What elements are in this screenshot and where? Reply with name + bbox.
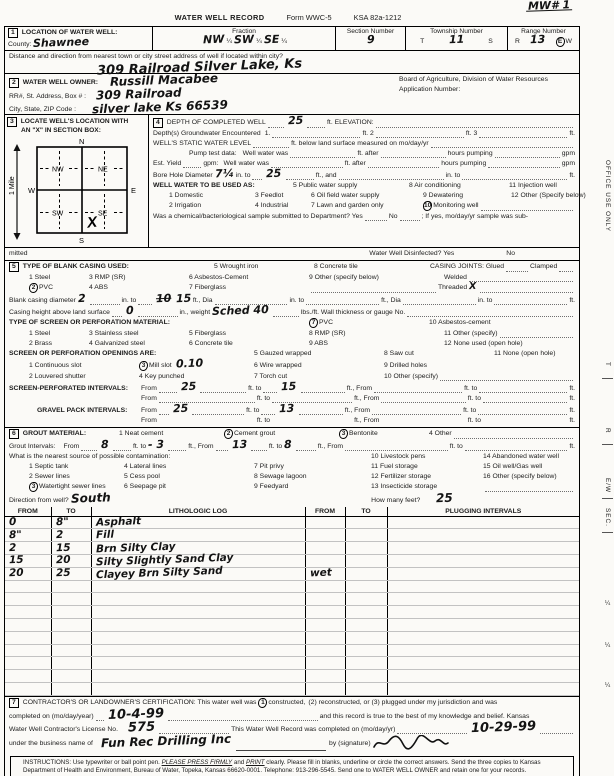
elevation-label: ft. ELEVATION: [327, 118, 374, 127]
license-value: 575 [126, 721, 158, 733]
screen-material-title: TYPE OF SCREEN OR PERFORATION MATERIAL: [9, 318, 309, 327]
ft-to-label: ft. to [463, 406, 476, 415]
ft-unit: ft. [569, 442, 575, 451]
gravel-interval-from: 25 [171, 403, 191, 413]
screen-steel: 1 Steel [29, 329, 89, 338]
completed-date-value: 10-4-99 [105, 708, 165, 721]
ft-unit: ft. [569, 394, 575, 403]
option-concrete-tile: 8 Concrete tile [314, 262, 430, 271]
section-number-cell: Section Number 9 [335, 27, 405, 50]
disinfected-question: Water Well Disinfected? Yes [369, 249, 454, 258]
grout-to-2: 8 [282, 439, 294, 449]
section-2-badge: 2 [9, 78, 19, 88]
screen-asbestos-cement: 10 Asbestos-cement [429, 318, 491, 327]
contam-seepage-pit: 6 Seepage pit [124, 482, 254, 491]
clamped-label: Clamped [530, 262, 557, 271]
opening-mill-slot-number-circled: 3 [139, 361, 148, 371]
ft-to-label: ft. to [468, 416, 481, 425]
office-township-label: T [604, 362, 611, 367]
log-to: 25 [53, 569, 72, 579]
screen-pvc-number-circled: 7 [309, 318, 318, 328]
ft-to-label: ft. to [450, 442, 463, 451]
quadrant-se-label: SE [98, 210, 108, 217]
application-number-label: Application Number: [399, 86, 577, 93]
in-to-label: in. to [446, 171, 461, 180]
option-lawn-garden: 7 Lawn and garden only [311, 201, 423, 210]
log-empty-row [5, 631, 579, 644]
quadrant-sw-label: SW [52, 210, 64, 217]
disinfected-row: mitted Water Well Disinfected? Yes No [5, 248, 579, 261]
log-from: 8" [7, 530, 24, 540]
no-label: No [389, 212, 398, 221]
log-to: 20 [53, 556, 72, 566]
board-of-agriculture-text: Board of Agriculture, Division of Water … [399, 76, 577, 83]
from-label: From [141, 406, 157, 415]
depth-label: DEPTH OF COMPLETED WELL [167, 118, 266, 127]
fraction-q1-value: NW [201, 35, 227, 45]
screen-other: 11 Other (specify) [444, 329, 498, 338]
opening-drilled-holes: 9 Drilled holes [384, 361, 427, 370]
threaded-x-mark: X [467, 282, 479, 290]
option-monitoring-number-circled: 10 [423, 201, 432, 211]
static-water-level-suffix: ft. below land surface measured on mo/da… [291, 139, 429, 148]
option-other-specify: 9 Other (specify below) [309, 273, 444, 282]
log-from: 15 [7, 556, 26, 566]
section-4-depth: 4 DEPTH OF COMPLETED WELL 25 ft. ELEVATI… [149, 115, 579, 247]
used-as-title: WELL WATER TO BE USED AS: [153, 181, 293, 190]
casing-height-label: Casing height above land surface [9, 308, 110, 317]
quadrant-nw-label: NW [52, 166, 64, 173]
gravel-pack-title: GRAVEL PACK INTERVALS: [9, 406, 141, 415]
grout-from-2: 13 [229, 439, 249, 449]
record-date-value: 10-29-99 [469, 721, 538, 734]
completed-on-label: completed on (mo/day/year) [9, 712, 94, 721]
fraction-q3-value: SE [262, 35, 282, 45]
grout-title: GROUT MATERIAL: [23, 430, 86, 437]
ft-from-label: ft., From [188, 442, 213, 451]
section-3-locate: 3 LOCATE WELL'S LOCATION WITH AN "X" IN … [5, 115, 149, 247]
contam-oil-gas: 15 Oil well/Gas well [483, 462, 542, 471]
compass-west-label: W [28, 186, 36, 195]
option-domestic: 1 Domestic [169, 191, 255, 200]
mill-slot-value: 0.10 [173, 358, 204, 368]
bore-depth-value: 25 [264, 169, 284, 179]
city-label: City, State, ZIP Code : [9, 105, 76, 114]
ft-unit: ft. [569, 384, 575, 393]
ft-from-label: ft., From [345, 406, 370, 415]
record-completed-label: This Water Well Record was completed on … [231, 725, 395, 734]
range-value: 13 [528, 35, 548, 45]
casing-height-value: 0 [124, 305, 136, 315]
ft-from-label: ft., From [354, 416, 379, 425]
contam-fuel: 11 Fuel storage [371, 462, 483, 471]
ft-to-label: ft. to [257, 394, 270, 403]
weight-value: Sched 40 [210, 304, 271, 315]
office-use-only-label: OFFICE USE ONLY [604, 160, 611, 232]
static-water-level-label: WELL'S STATIC WATER LEVEL [153, 139, 251, 148]
log-from: 0 [7, 518, 19, 527]
contam-lateral: 4 Lateral lines [124, 462, 254, 471]
log-wet-note: wet [307, 569, 333, 579]
bore-hole-label: Bore Hole Diameter [153, 171, 213, 180]
screen-none-used: 12 None used (open hole) [444, 339, 523, 348]
gw-1: 1. [265, 129, 271, 138]
office-range-label: R [604, 428, 611, 434]
form-title: WATER WELL RECORD [175, 13, 265, 22]
contam-fertilizer: 12 Fertilizer storage [371, 472, 483, 481]
range-east-circled: E [556, 37, 565, 47]
grout-to-1: - 3 [146, 439, 166, 449]
township-value: 11 [446, 35, 466, 45]
weight-label: in., weight [180, 308, 211, 317]
instructions-text: and [232, 759, 246, 766]
contam-abandoned-well: 14 Abandoned water well [483, 452, 559, 461]
log-header-row: FROM TO LITHOLOGIC LOG FROM TO PLUGGING … [5, 507, 579, 517]
ft-from-label: ft., From [347, 384, 372, 393]
col-lithologic-log: LITHOLOGIC LOG [91, 507, 305, 517]
option-dewatering: 9 Dewatering [423, 191, 511, 200]
how-many-feet-label: How many feet? [371, 496, 420, 505]
opening-torch-cut: 7 Torch cut [254, 372, 384, 381]
instructions-print: PRINT [246, 759, 265, 766]
col-from: FROM [5, 507, 51, 517]
log-to: 8" [53, 518, 70, 528]
screen-interval-from: 25 [179, 381, 199, 391]
from-label: From [63, 442, 79, 451]
ft-to-label: ft. to [246, 406, 259, 415]
grout-cement-number-circled: 2 [224, 429, 233, 439]
option-pvc-number-circled: 2 [29, 283, 38, 293]
screen-interval-to: 15 [279, 381, 299, 391]
form-number: Form WWC-5 [287, 13, 332, 22]
from-label: From [141, 416, 157, 425]
constructed-number-circled: 1 [258, 698, 267, 708]
range-prefix: R [515, 37, 520, 46]
casing-title: TYPE OF BLANK CASING USED: [23, 263, 129, 270]
from-label: From [141, 384, 157, 393]
section-5-badge: 5 [9, 262, 19, 272]
license-label: Water Well Contractor's License No. [9, 725, 118, 734]
bore-diameter-value: 7¼ [213, 169, 236, 179]
log-empty-row [5, 580, 579, 593]
gw-3: ft. 3 [466, 129, 477, 138]
col-to-2: TO [345, 507, 387, 517]
office-quarter-label: ¼ [604, 642, 611, 650]
compass-north-label: N [79, 137, 84, 146]
fraction-q2-value: SW [232, 35, 256, 45]
log-row: 2 15 Brn Silty Clay [5, 542, 579, 555]
ft-unit: ft. [569, 171, 575, 180]
screen-abs: 9 ABS [309, 339, 444, 348]
distance-block: Distance and direction from nearest town… [5, 51, 579, 74]
section-2-owner: 2 WATER WELL OWNER: Russill Macabee RR#,… [5, 74, 579, 115]
instructions-text: INSTRUCTIONS: Use typewriter or ball poi… [23, 759, 162, 766]
col-plugging-intervals: PLUGGING INTERVALS [387, 507, 579, 517]
fraction-cell: Fraction NW ¼ SW ¼ SE ¼ [152, 27, 335, 50]
business-name-value: Fun Rec Drilling Inc [99, 733, 233, 748]
locate-title-line1: LOCATE WELL'S LOCATION WITH [21, 118, 129, 126]
gw-2: ft. 2 [362, 129, 373, 138]
section-3-4-row: 3 LOCATE WELL'S LOCATION WITH AN "X" IN … [5, 115, 579, 248]
direction-value: South [69, 492, 113, 504]
log-empty-row [5, 657, 579, 670]
option-monitoring-well: Monitoring well [433, 201, 478, 210]
log-to: 2 [53, 531, 65, 540]
log-row: 8" 2 Fill [5, 529, 579, 542]
constructed-label: constructed, [268, 698, 305, 707]
log-to: 15 [53, 543, 72, 553]
signature-scribble [371, 735, 451, 751]
log-empty-row [5, 644, 579, 657]
ft-to-label: ft. to [257, 416, 270, 425]
direction-from-well-label: Direction from well? [9, 496, 69, 505]
gravel-interval-to: 13 [277, 403, 297, 413]
est-yield-label: Est. Yield [153, 159, 181, 168]
ft-unit: ft. [569, 406, 575, 415]
well-location-x-mark: X [85, 213, 99, 231]
section-5-casing: 5TYPE OF BLANK CASING USED: 5 Wrought ir… [5, 261, 579, 427]
office-ew-label: E/W [604, 478, 611, 493]
option-public-water: 5 Public water supply [293, 181, 409, 190]
pump-test-label: Pump test data: [189, 149, 237, 158]
screen-brass: 2 Brass [29, 339, 89, 348]
option-pvc: PVC [39, 284, 53, 291]
contam-other: 16 Other (specify below) [483, 472, 557, 481]
quadrant-ne-label: NE [98, 166, 108, 173]
log-from: 2 [7, 543, 19, 552]
option-steel: 1 Steel [29, 273, 89, 282]
gpm-unit: gpm [562, 159, 575, 168]
contam-watertight-number-circled: 3 [29, 482, 38, 492]
option-fiberglass: 7 Fiberglass [189, 283, 309, 292]
in-to-label: in. to [289, 296, 304, 305]
township-suffix: S [488, 37, 493, 46]
ft-and-label: ft., and [316, 171, 337, 180]
opening-saw-cut: 8 Saw cut [384, 349, 494, 358]
form-body: 1 LOCATION OF WATER WELL: County: Shawne… [4, 26, 580, 776]
contam-sewage-lagoon: 8 Sewage lagoon [254, 472, 371, 481]
welded-label: Welded [444, 273, 467, 282]
section-box-diagram: 1 Mile N S [7, 135, 147, 245]
log-description: Asphalt [93, 517, 142, 528]
section-6-grout: 6GROUT MATERIAL: 1 Neat cement 2Cement g… [5, 427, 579, 696]
section-4-badge: 4 [153, 118, 163, 128]
form-header: WATER WELL RECORD Form WWC-5 KSA 82a-121… [0, 13, 576, 22]
ft-from-label: ft., From [354, 394, 379, 403]
log-row: 20 25 Clayey Brn Silty Sand wet [5, 567, 579, 580]
opening-key-punched: 4 Key punched [139, 372, 254, 381]
option-asbestos-cement: 6 Asbestos-Cement [189, 273, 309, 282]
contam-sewer: 2 Sewer lines [29, 472, 124, 481]
ft-after-label: ft. after [345, 159, 366, 168]
grout-other: 4 Other [429, 429, 452, 438]
opening-none: 11 None (open hole) [494, 349, 555, 358]
in-to-label: in. to [478, 296, 493, 305]
lithologic-log-table: FROM TO LITHOLOGIC LOG FROM TO PLUGGING … [5, 507, 579, 696]
log-description: Fill [93, 530, 115, 540]
from-label: From [141, 394, 157, 403]
col-to: TO [51, 507, 91, 517]
office-quarter-label: ¼ [604, 600, 611, 608]
county-cell: 1 LOCATION OF WATER WELL: County: Shawne… [5, 27, 152, 50]
screen-concrete-tile: 6 Concrete tile [189, 339, 309, 348]
groundwater-label: Depth(s) Groundwater Encountered [153, 129, 261, 138]
contam-watertight: Watertight sewer lines [39, 483, 106, 490]
grout-bentonite-number-circled: 3 [339, 429, 348, 439]
ft-to-label: ft. to [133, 442, 146, 451]
section-number-value: 9 [365, 35, 377, 45]
instructions-press-firmly: PLEASE PRESS FIRMLY [162, 759, 233, 766]
owner-title: WATER WELL OWNER: [23, 78, 98, 87]
casing-joints-glued-label: CASING JOINTS: Glued [430, 262, 504, 271]
ft-dia-label: ft., Dia [381, 296, 401, 305]
feet-value: 25 [434, 492, 455, 503]
opening-louvered: 2 Louvered shutter [29, 372, 139, 381]
contam-pit-privy: 7 Pit privy [254, 462, 371, 471]
ft-unit: ft. [569, 416, 575, 425]
signature-label: by (signature) [329, 739, 371, 748]
hours-pumping-label: hours pumping [448, 149, 493, 158]
option-industrial: 4 Industrial [255, 201, 311, 210]
screen-intervals-title: SCREEN-PERFORATED INTERVALS: [9, 384, 141, 393]
office-sec-label: SEC. [604, 508, 611, 527]
log-description: Brn Silty Clay [93, 542, 177, 554]
opening-wire-wrapped: 6 Wire wrapped [254, 361, 384, 370]
option-abs: 4 ABS [89, 283, 189, 292]
well-id-annotation: MW# 1 [526, 0, 573, 12]
city-value: silver lake Ks 66539 [90, 100, 230, 115]
section-1-location: 1 LOCATION OF WATER WELL: County: Shawne… [5, 27, 579, 51]
screen-galvanized: 4 Galvanized steel [89, 339, 189, 348]
log-empty-row [5, 618, 579, 631]
option-injection-well: 11 Injection well [509, 181, 557, 190]
sample-question-tail: ; If yes, mo/day/yr sample was sub- [422, 212, 529, 221]
grout-from-1: 8 [99, 439, 111, 449]
contamination-question: What is the nearest source of possible c… [9, 452, 371, 461]
range-west: W [566, 38, 572, 45]
ft-to-label: ft. to [269, 442, 282, 451]
col-from-2: FROM [305, 507, 345, 517]
option-feedlot: 3 Feedlot [255, 191, 311, 200]
log-row: 15 20 Silty Slightly Sand Clay [5, 554, 579, 567]
ft-to-label: ft. to [248, 384, 261, 393]
section-3-badge: 3 [7, 117, 17, 127]
section-7-badge: 7 [9, 698, 19, 708]
grout-cement: Cement grout [234, 430, 275, 437]
option-other-use: 12 Other (Specify below) [511, 191, 586, 200]
locate-title-line2: AN "X" IN SECTION BOX: [7, 127, 147, 135]
log-row: 0 8" Asphalt [5, 516, 579, 529]
screen-fiberglass: 5 Fiberglass [189, 329, 309, 338]
range-cell: Range Number R 13 EW [507, 27, 579, 50]
opening-gauzed: 5 Gauzed wrapped [254, 349, 384, 358]
section-7-certification: 7 CONTRACTOR'S OR LANDOWNER'S CERTIFICAT… [5, 696, 579, 776]
ft-dia-label: ft., Dia [193, 296, 213, 305]
ft-unit: ft. [569, 296, 575, 305]
one-mile-label: 1 Mile [9, 176, 16, 195]
county-value: Shawnee [31, 37, 91, 48]
form-statute: KSA 82a-1212 [354, 13, 402, 22]
depth-value: 25 [286, 116, 306, 126]
mitted-continuation: mitted [9, 249, 159, 258]
contam-livestock: 10 Livestock pens [371, 452, 483, 461]
address-label: RR#, St. Address, Box # : [9, 92, 86, 101]
ft-after-label: ft. after [357, 149, 378, 158]
option-rmp: 3 RMP (SR) [89, 273, 189, 282]
ft-unit: ft. [569, 129, 575, 138]
contam-cess-pool: 5 Cess pool [124, 472, 254, 481]
threaded-label: Threaded [438, 283, 467, 292]
ft-from-label: ft., From [318, 442, 343, 451]
contam-insecticide: 13 Insecticide storage [371, 482, 483, 491]
wall-thickness-label: lbs./ft. Wall thickness or gauge No. [301, 308, 405, 317]
compass-south-label: S [79, 236, 84, 245]
grout-neat-cement: 1 Neat cement [119, 429, 224, 438]
option-irrigation: 2 Irrigation [169, 201, 255, 210]
log-empty-row [5, 606, 579, 619]
option-air-conditioning: 8 Air conditioning [409, 181, 509, 190]
instructions-box: INSTRUCTIONS: Use typewriter or ball poi… [10, 756, 574, 776]
option-oil-field: 6 Oil field water supply [311, 191, 423, 200]
contam-feedyard: 9 Feedyard [254, 482, 371, 491]
hours-pumping-label: hours pumping [441, 159, 486, 168]
contam-septic: 1 Septic tank [29, 462, 124, 471]
gpm-unit: gpm [562, 149, 575, 158]
office-quarter-label: ¼ [604, 682, 611, 690]
township-prefix: T [420, 37, 424, 46]
screen-stainless: 3 Stainless steel [89, 329, 189, 338]
log-empty-row [5, 593, 579, 606]
ft-to-label: ft. to [468, 394, 481, 403]
opening-mill-slot: Mill slot [149, 362, 172, 369]
screen-rmp: 8 RMP (SR) [309, 329, 444, 338]
log-empty-row [5, 670, 579, 683]
log-empty-row [5, 682, 579, 695]
screen-pvc: PVC [319, 319, 333, 326]
quarter-glyph: ¼ [281, 37, 287, 46]
township-cell: Township Number T 11 S [405, 27, 507, 50]
well-water-was-label: Well water was [243, 149, 289, 158]
sample-question: Was a chemical/bacteriological sample su… [153, 212, 363, 221]
opening-other: 10 Other (specify) [384, 372, 438, 381]
blank-casing-diameter-label: Blank casing diameter [9, 296, 76, 305]
casing-depth-struck-value: 10 [154, 293, 174, 303]
certification-text-rest: (2) reconstructed, or (3) plugged under … [308, 698, 497, 707]
openings-title: SCREEN OR PERFORATION OPENINGS ARE: [9, 349, 254, 358]
casing-diameter-value: 2 [76, 293, 88, 303]
section-6-badge: 6 [9, 429, 19, 439]
grout-bentonite: Bentonite [349, 430, 378, 437]
section-1-badge: 1 [8, 28, 18, 38]
in-to-label: in. to [236, 171, 251, 180]
water-well-record-form: WATER WELL RECORD Form WWC-5 KSA 82a-121… [0, 0, 614, 776]
certification-text: CONTRACTOR'S OR LANDOWNER'S CERTIFICATIO… [23, 698, 257, 707]
casing-depth-value: 15 [173, 293, 193, 303]
grout-intervals-label: Grout Intervals: [9, 442, 55, 451]
no-label: No [506, 249, 515, 258]
ft-to-label: ft. to [464, 384, 477, 393]
owner-value: Russill Macabee [108, 73, 220, 87]
option-wrought-iron: 5 Wrought iron [214, 262, 314, 271]
log-description: Clayey Brn Silty Sand [93, 567, 224, 580]
compass-east-label: E [131, 186, 136, 195]
opening-continuous-slot: 1 Continuous slot [29, 361, 139, 370]
county-label: County: [8, 40, 31, 49]
log-from: 20 [7, 569, 26, 579]
business-name-label: under the business name of [9, 739, 93, 748]
